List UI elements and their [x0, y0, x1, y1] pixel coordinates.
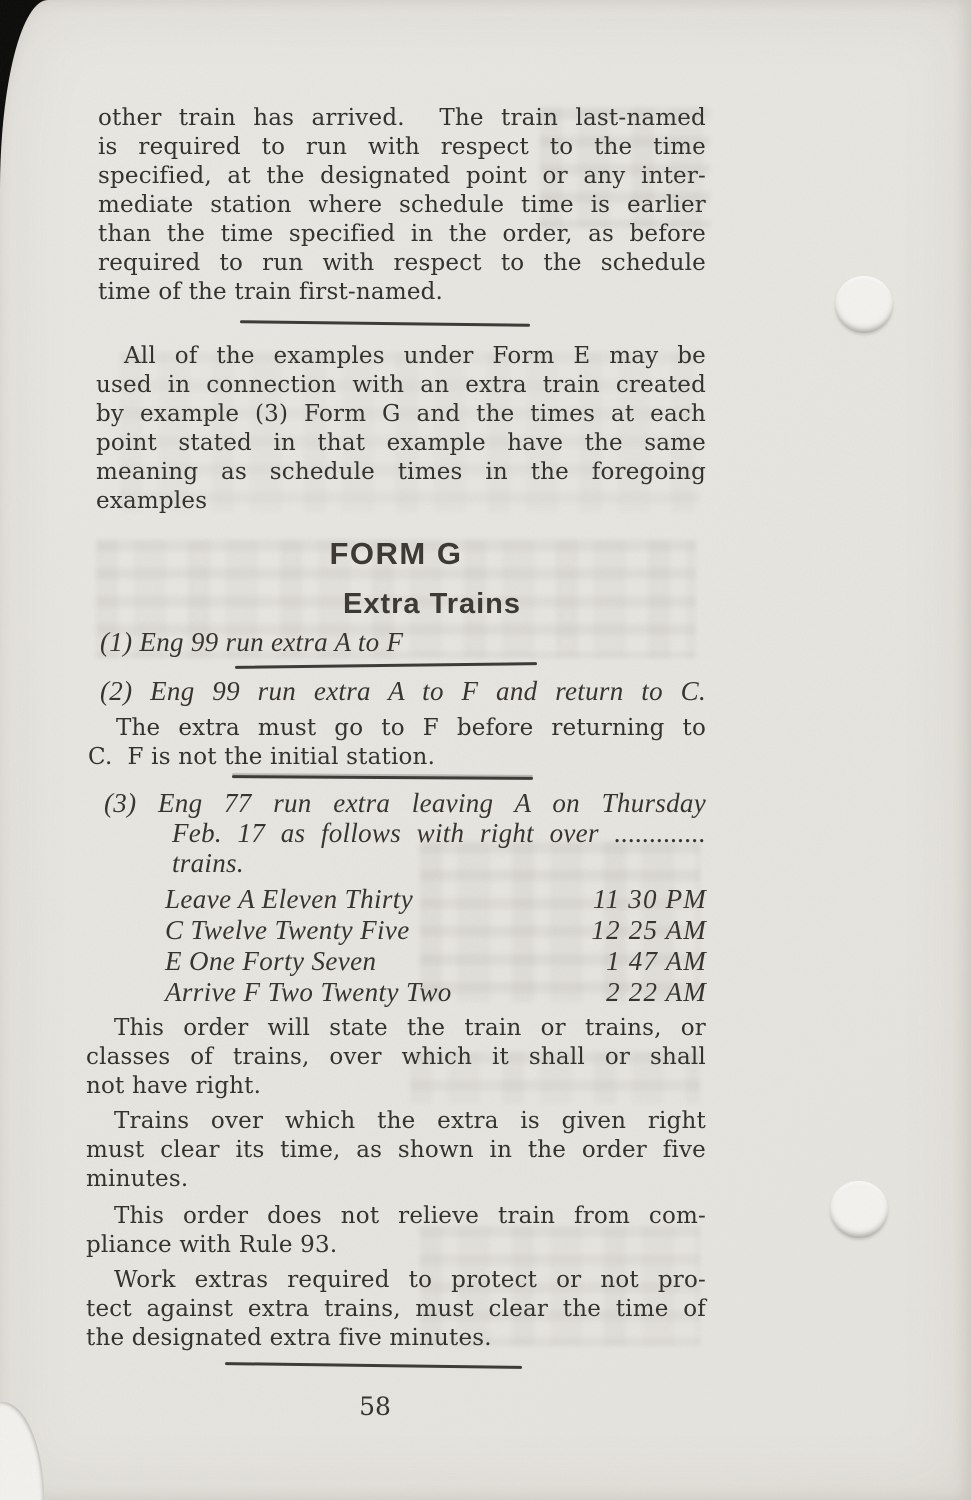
- station-cell: E One Forty Seven: [165, 946, 376, 977]
- form-g-heading: FORM G: [86, 536, 706, 572]
- station-cell: Leave A Eleven Thirty: [165, 884, 413, 915]
- schedule-row: Arrive F Two Twenty Two 2 22 AM: [165, 977, 707, 1008]
- paragraph-order-will-state: This order will state the train or train…: [86, 1014, 706, 1101]
- time-cell: 12 25 AM: [591, 915, 707, 946]
- paragraph-trains-clear-time: Trains over which the extra is given rig…: [86, 1107, 706, 1194]
- schedule-row: E One Forty Seven 1 47 AM: [165, 946, 707, 977]
- section-divider-rule: [240, 320, 530, 327]
- train-order-example-2: (2) Eng 99 run extra A to F and return t…: [100, 676, 706, 706]
- punch-hole-bottom: [830, 1181, 888, 1238]
- paragraph-train-last-named: other train has arrived. The train last-…: [98, 104, 706, 307]
- paragraph-extra-must-go: The extra must go to F before returning …: [88, 714, 706, 772]
- station-cell: C Twelve Twenty Five: [165, 915, 410, 946]
- paragraph-rule-93: This order does not relieve train from c…: [86, 1202, 706, 1260]
- schedule-table: Leave A Eleven Thirty 11 30 PM C Twelve …: [165, 884, 707, 1008]
- schedule-row: C Twelve Twenty Five 12 25 AM: [165, 915, 707, 946]
- train-order-example-3: (3) Eng 77 run extra leaving A on Thursd…: [104, 788, 706, 878]
- paragraph-work-extras: Work extras required to protect or not p…: [86, 1266, 706, 1353]
- page-curl-bottom-left: [0, 1402, 44, 1500]
- page-number: 58: [340, 1392, 410, 1421]
- time-cell: 2 22 AM: [606, 977, 707, 1008]
- book-page: other train has arrived. The train last-…: [0, 0, 971, 1500]
- section-divider-rule: [235, 662, 537, 669]
- time-cell: 11 30 PM: [593, 884, 707, 915]
- paragraph-form-e-examples: All of the examples under Form E may beu…: [96, 342, 706, 516]
- section-divider-rule: [225, 1362, 522, 1369]
- section-divider-rule: [232, 775, 533, 780]
- time-cell: 1 47 AM: [606, 946, 707, 977]
- station-cell: Arrive F Two Twenty Two: [165, 977, 452, 1008]
- train-order-example-1: (1) Eng 99 run extra A to F: [100, 627, 706, 657]
- schedule-row: Leave A Eleven Thirty 11 30 PM: [165, 884, 707, 915]
- punch-hole-top: [835, 276, 893, 333]
- extra-trains-subheading: Extra Trains: [122, 588, 742, 621]
